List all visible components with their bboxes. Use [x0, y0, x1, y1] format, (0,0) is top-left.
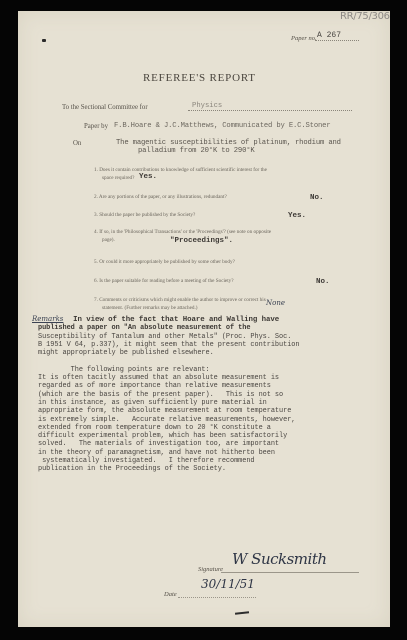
signature-line [221, 572, 359, 573]
remarks-line: extended from room temperature down to 2… [38, 424, 299, 432]
remarks-line: appropriate form, the absolute measureme… [38, 407, 299, 415]
remarks-line: in the theory of paramagnetism, and have… [38, 449, 299, 457]
signature: W Sucksmith [232, 550, 327, 568]
question-4-line-2: page). [102, 236, 115, 244]
remarks-line [38, 357, 299, 365]
answer-6: No. [316, 278, 330, 286]
on-label: On [73, 140, 81, 147]
question-6: 6. Is the paper suitable for reading bef… [94, 277, 234, 285]
paper-no-value: A 267 [315, 31, 359, 41]
remarks-line: is extremely simple. Accurate relative m… [38, 416, 299, 424]
referee-report-page: RR/75/306 Paper no. A 267 REFEREE'S REPO… [18, 11, 390, 627]
answer-7-handwritten: None [266, 299, 285, 307]
remarks-body: In view of the fact that Hoare and Walli… [38, 316, 299, 474]
date-handwritten: 30/11/51 [201, 577, 255, 591]
date-label: Date [164, 591, 177, 598]
signature-label: Signature [198, 566, 223, 573]
remarks-line: regarded as of more importance than rela… [38, 382, 299, 390]
paper-no-label: Paper no. [291, 35, 317, 42]
paper-by-value: F.B.Hoare & J.C.Matthews, Communicated b… [114, 122, 331, 130]
remarks-line: The following points are relevant: [38, 366, 299, 374]
question-1: 1. Does it contain contributions to know… [94, 166, 267, 174]
answer-1: Yes. [139, 173, 157, 181]
paper-title-line-2: palladium from 20°K to 290°K [138, 147, 255, 155]
remarks-line: B 1951 V 64, p.337), it might seem that … [38, 341, 299, 349]
remarks-line: In view of the fact that Hoare and Walli… [38, 316, 299, 324]
ink-mark [42, 39, 46, 42]
remarks-line: in this instance, as given sufficiently … [38, 399, 299, 407]
question-7-line-2: statement. (Further remarks may be attac… [102, 304, 198, 312]
question-5: 5. Or could it more appropriately be pub… [94, 258, 235, 266]
question-7: 7. Comments or criticisms which might en… [94, 296, 266, 304]
remarks-line: publication in the Proceedings of the So… [38, 465, 299, 473]
remarks-line: might appropriately be published elsewhe… [38, 349, 299, 357]
date-line [178, 597, 256, 598]
question-3: 3. Should the paper be published by the … [94, 211, 195, 219]
remarks-line: It is often tacitly assumed that an abso… [38, 374, 299, 382]
archive-reference: RR/75/306 [340, 11, 390, 22]
answer-3: Yes. [288, 212, 306, 220]
page-title: REFEREE'S REPORT [143, 72, 256, 84]
remarks-line: (which are the basis of the present pape… [38, 391, 299, 399]
remarks-line: solved. The materials of investigation t… [38, 440, 299, 448]
ink-dash [235, 611, 249, 614]
answer-2: No. [310, 194, 324, 202]
remarks-line: systematically investigated. I therefore… [38, 457, 299, 465]
question-1-line-2: space required? [102, 174, 134, 182]
remarks-line: difficult experimental problem, which ha… [38, 432, 299, 440]
question-4: 4. If so, in the 'Philosophical Transact… [94, 228, 271, 236]
paper-by-label: Paper by [84, 123, 108, 130]
answer-4: "Proceedings". [170, 237, 233, 245]
paper-title-line-1: The magentic susceptibilities of platinu… [116, 139, 341, 147]
committee-label: To the Sectional Committee for [62, 104, 148, 111]
committee-value: Physics [188, 102, 352, 111]
remarks-line: Susceptibility of Tantalum and other Met… [38, 333, 299, 341]
remarks-line: published a paper on "An absolute measur… [38, 324, 299, 332]
question-2: 2. Are any portions of the paper, or any… [94, 193, 227, 201]
